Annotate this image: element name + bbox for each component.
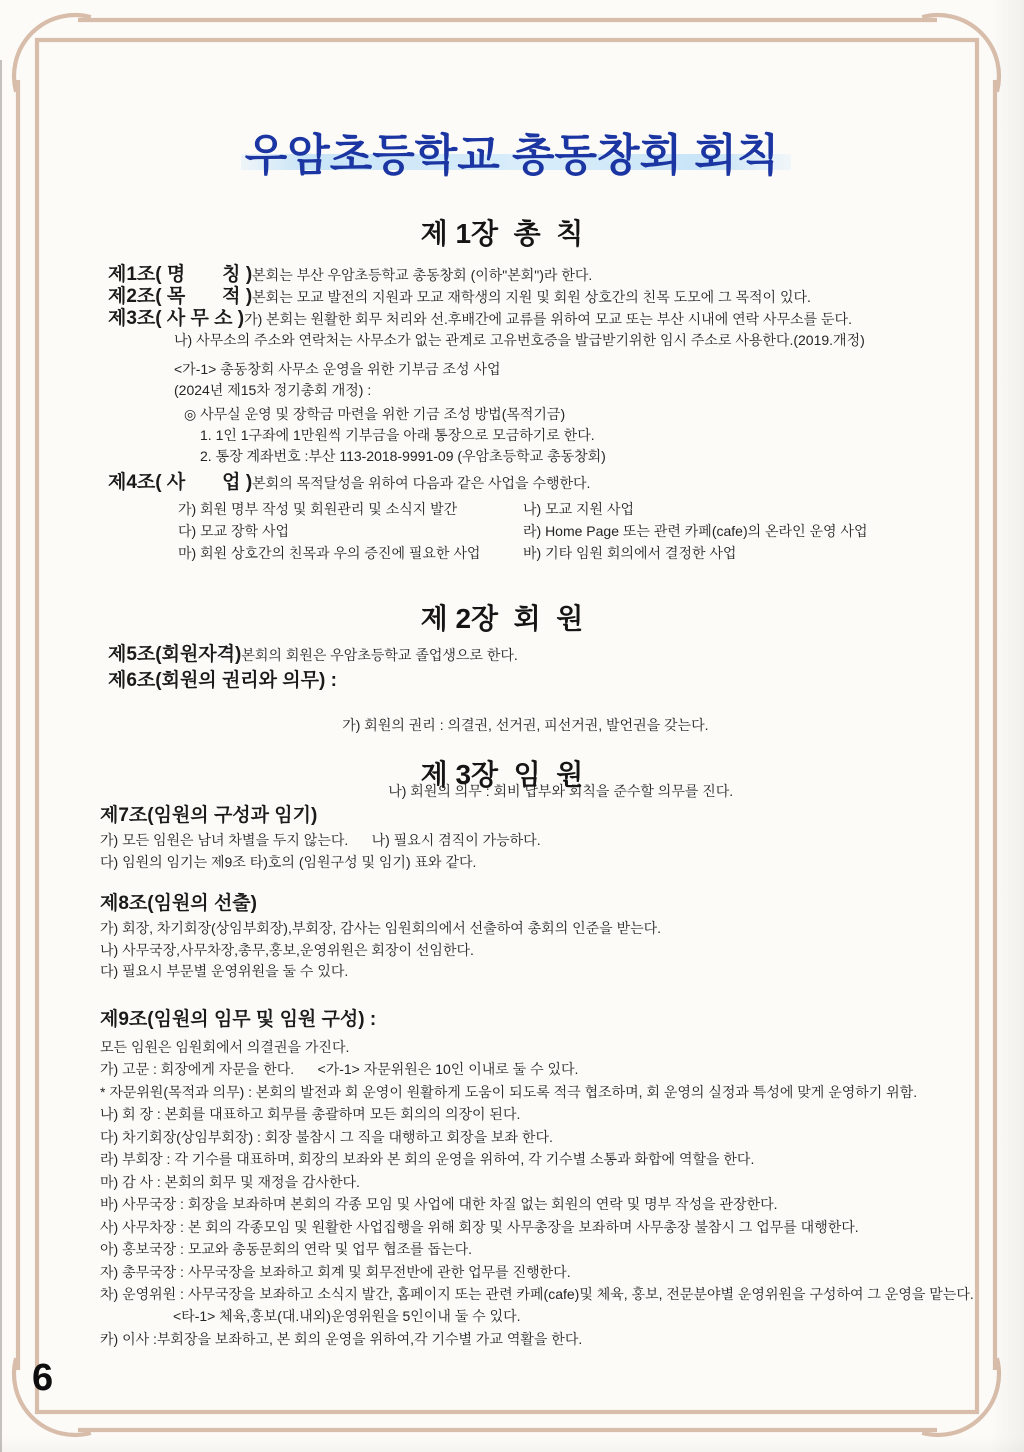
article-6-item-ga: 가) 회원의 권리 : 의결권, 선거권, 피선거권, 발언권을 갖는다. — [342, 714, 733, 736]
article-3-revision-note: (2024년 제15차 정기총회 개정) : — [108, 380, 1008, 401]
article-6-label: 제6조(회원의 권리와 의무) : — [108, 670, 342, 692]
article-9-line: 마) 감 사 : 본회의 회무 및 재정을 감사한다. — [100, 1171, 1024, 1193]
business-item: 라) Home Page 또는 관련 카페(cafe)의 온라인 운영 사업 — [523, 520, 1008, 542]
article-9-line: 자) 총무국장 : 사무국장을 보좌하고 회계 및 회무전반에 관한 업무를 진… — [100, 1261, 1024, 1283]
article-7-line: 가) 모든 임원은 남녀 차별을 두지 않는다. 나) 필요시 겸직이 가능하다… — [100, 830, 1024, 852]
article-9-line: 아) 홍보국장 : 모교와 총동문회의 연락 및 업무 협조를 돕는다. — [100, 1238, 1024, 1260]
article-5-label: 제5조(회원자격) — [108, 644, 241, 666]
business-item: 마) 회원 상호간의 친목과 우의 증진에 필요한 사업 — [178, 542, 523, 564]
article-9-line: 가) 고문 : 회장에게 자문을 한다. <가-1> 자문위원은 10인 이내로… — [100, 1058, 1024, 1080]
article-9: 제9조(임원의 임무 및 임원 구성) : 모든 임원은 임원회에서 의결권을 … — [100, 1007, 1024, 1350]
border-corner-arc-br — [922, 1358, 999, 1435]
article-4: 제4조( 사 업 ) 본회의 목적달성을 위하여 다음과 같은 사업을 수행한다… — [108, 472, 1008, 494]
article-3-fund-title: ◎ 사무실 운영 및 장학금 마련을 위한 기금 조성 방법(목적기금) — [108, 404, 1008, 425]
article-4-business-list: 가) 회원 명부 작성 및 회원관리 및 소식지 발간 나) 모교 지원 사업 … — [108, 498, 1008, 564]
article-3-note-ga1: <가-1> 총동창회 사무소 운영을 위한 기부금 조성 사업 — [108, 359, 1008, 380]
scan-artifact-line — [0, 60, 2, 1452]
article-8-line: 가) 회장, 차기회장(상임부회장),부회장, 감사는 임원회의에서 선출하여 … — [100, 918, 1024, 940]
article-9-line: 다) 차기회장(상임부회장) : 회장 불참시 그 직을 대행하고 회장을 보좌… — [100, 1126, 1024, 1148]
scanned-document-page: { "page_number": "6", "title": "우암초등학교 총… — [0, 0, 1024, 1452]
article-8-line: 다) 필요시 부문별 운영위원을 둘 수 있다. — [100, 961, 1024, 983]
article-7-label: 제7조(임원의 구성과 임기) — [100, 803, 1024, 828]
border-corner-arc-tr — [922, 15, 999, 92]
article-9-line: 바) 사무국장 : 회장을 보좌하며 본회의 각종 모임 및 사업에 대한 차질… — [100, 1193, 1024, 1215]
chapter2-heading: 제 2장 회 원 — [0, 602, 1004, 636]
article-9-line: 라) 부회장 : 각 기수를 대표하며, 회장의 보좌와 본 회의 운영을 위하… — [100, 1148, 1024, 1170]
article-3-fund-item-1: 1. 1인 1구좌에 1만원씩 기부금을 아래 통장으로 모금하기로 한다. — [108, 425, 1008, 446]
article-9-label: 제9조(임원의 임무 및 임원 구성) : — [100, 1007, 1024, 1032]
article-3-fund-item-2: 2. 통장 계좌번호 :부산 113-2018-9991-09 (우암초등학교 … — [108, 446, 1008, 467]
article-4-label: 제4조( 사 업 ) — [108, 472, 252, 493]
article-9-line: 카) 이사 :부회장을 보좌하고, 본 회의 운영을 위하여,각 기수별 가교 … — [100, 1328, 1024, 1350]
business-item: 가) 회원 명부 작성 및 회원관리 및 소식지 발간 — [178, 498, 523, 520]
article-9-line: * 자문위원(목적과 의무) : 본회의 발전과 회 운영이 원활하게 도움이 … — [100, 1081, 1024, 1103]
article-1-text: 본회는 부산 우암초등학교 총동창회 (이하"본회")라 한다. — [252, 265, 592, 286]
article-3: 제3조( 사 무 소 ) 가) 본회는 원활한 회무 처리와 선.후배간에 교류… — [108, 308, 1008, 330]
business-item: 다) 모교 장학 사업 — [178, 520, 523, 542]
article-8-lines: 가) 회장, 차기회장(상임부회장),부회장, 감사는 임원회의에서 선출하여 … — [100, 918, 1024, 983]
chapter1-body: 제1조( 명 칭 ) 본회는 부산 우암초등학교 총동창회 (이하"본회")라 … — [108, 264, 1008, 564]
article-4-text: 본회의 목적달성을 위하여 다음과 같은 사업을 수행한다. — [252, 473, 590, 494]
border-corner-arc-tl — [14, 15, 91, 92]
article-9-note-ta1: <타-1> 체육,홍보(대.내외)운영위원을 5인이내 둘 수 있다. — [100, 1305, 1024, 1327]
article-9-line: 사) 사무차장 : 본 회의 각종모임 및 원활한 사업집행을 위해 회장 및 … — [100, 1216, 1024, 1238]
article-5: 제5조(회원자격) 본회의 회원은 우암초등학교 졸업생으로 한다. — [108, 644, 1008, 666]
article-8: 제8조(임원의 선출) 가) 회장, 차기회장(상임부회장),부회장, 감사는 … — [100, 891, 1024, 983]
article-2-text: 본회는 모교 발전의 지원과 모교 재학생의 지원 및 회원 상호간의 친목 도… — [252, 287, 811, 308]
article-3-label: 제3조( 사 무 소 ) — [108, 308, 244, 329]
article-9-line: 차) 운영위원 : 사무국장을 보좌하고 소식지 발간, 홈페이지 또는 관련 … — [100, 1283, 1024, 1305]
article-7-line: 다) 임원의 임기는 제9조 타)호의 (임원구성 및 임기) 표와 같다. — [100, 852, 1024, 874]
article-5-text: 본회의 회원은 우암초등학교 졸업생으로 한다. — [241, 644, 517, 666]
business-item: 나) 모교 지원 사업 — [523, 498, 1008, 520]
business-item: 바) 기타 임원 회의에서 결정한 사업 — [523, 542, 1008, 564]
page-number: 6 — [32, 1356, 53, 1400]
article-8-label: 제8조(임원의 선출) — [100, 891, 1024, 916]
article-1-label: 제1조( 명 칭 ) — [108, 264, 252, 285]
article-2: 제2조( 목 적 ) 본회는 모교 발전의 지원과 모교 재학생의 지원 및 회… — [108, 286, 1008, 308]
title-block: 우암초등학교 총동창회 회칙 — [0, 130, 1024, 182]
article-8-line: 나) 사무국장,사무차장,총무,홍보,운영위원은 회장이 선임한다. — [100, 940, 1024, 962]
article-9-line: 모든 임원은 임원회에서 의결권을 가진다. — [100, 1036, 1024, 1058]
chapter1-heading: 제 1장 총 칙 — [0, 217, 1004, 251]
article-9-lines: 모든 임원은 임원회에서 의결권을 가진다. 가) 고문 : 회장에게 자문을 … — [100, 1036, 1024, 1350]
article-1: 제1조( 명 칭 ) 본회는 부산 우암초등학교 총동창회 (이하"본회")라 … — [108, 264, 1008, 286]
chapter3-heading: 제 3장 임 원 — [0, 758, 1004, 792]
document-title: 우암초등학교 총동창회 회칙 — [245, 130, 780, 182]
article-7-lines: 가) 모든 임원은 남녀 차별을 두지 않는다. 나) 필요시 겸직이 가능하다… — [100, 830, 1024, 873]
article-2-label: 제2조( 목 적 ) — [108, 286, 252, 307]
article-3-item-na: 나) 사무소의 주소와 연락처는 사무소가 없는 관계로 고유번호증을 발급받기… — [108, 330, 1008, 351]
article-3-item-ga: 가) 본회는 원활한 회무 처리와 선.후배간에 교류를 위하여 모교 또는 부… — [244, 309, 852, 330]
article-7: 제7조(임원의 구성과 임기) 가) 모든 임원은 남녀 차별을 두지 않는다.… — [100, 803, 1024, 873]
article-9-line: 나) 회 장 : 본회를 대표하고 회무를 총괄하며 모든 회의의 의장이 된다… — [100, 1103, 1024, 1125]
